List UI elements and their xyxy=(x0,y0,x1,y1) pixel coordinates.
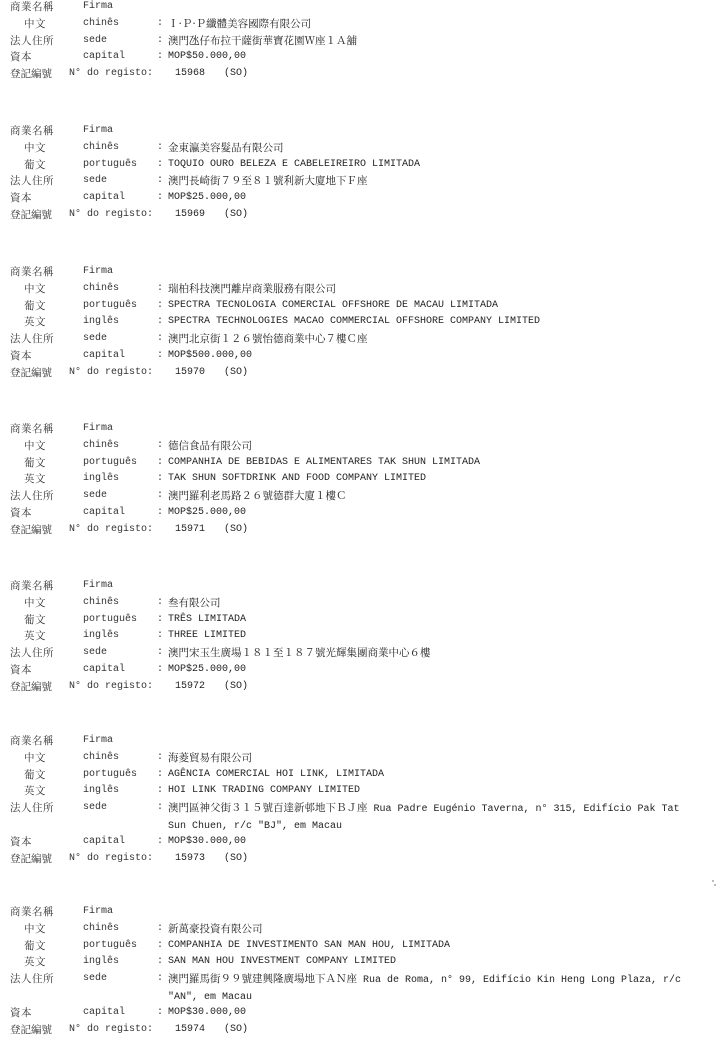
seat-label-zh: 法人住所 xyxy=(10,33,54,50)
capital-label-pt: capital xyxy=(83,662,125,679)
chinese-name-row: 中文 chinês : 德信食品有限公司 xyxy=(0,438,716,455)
registry-entry: 商業名稱 Firma 中文 chinês : 金東瀛美容髮品有限公司 葡文 po… xyxy=(0,123,716,224)
seat-label-zh: 法人住所 xyxy=(10,331,54,348)
chinese-label-pt: chinês xyxy=(83,921,119,938)
colon: : xyxy=(157,314,163,331)
firm-label-pt: Firma xyxy=(83,733,113,750)
colon: : xyxy=(157,750,163,767)
registry-number: 15971 xyxy=(175,522,205,539)
registry-label-pt: N° do registo: xyxy=(69,66,153,83)
colon: : xyxy=(157,1005,163,1022)
firm-row: 商業名稱 Firma xyxy=(0,578,716,595)
capital-row: 資本 capital : MOP$500.000,00 xyxy=(0,348,716,365)
firm-label-zh: 商業名稱 xyxy=(10,578,54,595)
portuguese-label-pt: português xyxy=(83,455,137,472)
colon: : xyxy=(157,471,163,488)
chinese-label-zh: 中文 xyxy=(24,921,46,938)
registry-entry: 商業名稱 Firma 中文 chinês : Ｉ·Ｐ·Ｐ纖體美容國際有限公司 法… xyxy=(0,0,716,83)
registry-number-row: 登記編號 N° do registo: 15970 (SO) xyxy=(0,365,716,382)
registry-suffix: (SO) xyxy=(224,207,248,224)
seat-value-zh: 澳門氹仔布拉干薩街華寶花園Ｗ座１Ａ舖 xyxy=(168,35,357,47)
firm-label-pt: Firma xyxy=(83,421,113,438)
colon: : xyxy=(157,505,163,522)
registry-entry: 商業名稱 Firma 中文 chinês : 新萬豪投資有限公司 葡文 port… xyxy=(0,904,716,1038)
portuguese-label-zh: 葡文 xyxy=(24,455,46,472)
registry-label-pt: N° do registo: xyxy=(69,851,153,868)
registry-label-zh: 登記編號 xyxy=(10,522,52,539)
registry-label-zh: 登記編號 xyxy=(10,679,52,696)
firm-label-pt: Firma xyxy=(83,123,113,140)
portuguese-label-zh: 葡文 xyxy=(24,298,46,315)
capital-value: MOP$25.000,00 xyxy=(168,190,698,207)
capital-value: MOP$30.000,00 xyxy=(168,1005,698,1022)
colon: : xyxy=(157,645,163,662)
chinese-label-zh: 中文 xyxy=(24,281,46,298)
chinese-label-pt: chinês xyxy=(83,281,119,298)
chinese-label-pt: chinês xyxy=(83,595,119,612)
seat-value-zh: 澳門宋玉生廣場１８１至１８７號光輝集團商業中心６樓 xyxy=(168,647,431,659)
registry-number-row: 登記編號 N° do registo: 15972 (SO) xyxy=(0,679,716,696)
seat-value: 澳門氹仔布拉干薩街華寶花園Ｗ座１Ａ舖 xyxy=(168,33,698,50)
colon: : xyxy=(157,190,163,207)
registry-label-pt: N° do registo: xyxy=(69,522,153,539)
chinese-name-value: 海菱貿易有限公司 xyxy=(168,750,698,767)
registry-number: 15968 xyxy=(175,66,205,83)
registry-label-zh: 登記編號 xyxy=(10,207,52,224)
seat-label-zh: 法人住所 xyxy=(10,645,54,662)
chinese-label-zh: 中文 xyxy=(24,16,46,33)
registry-label-pt: N° do registo: xyxy=(69,679,153,696)
colon: : xyxy=(157,331,163,348)
portuguese-label-pt: português xyxy=(83,298,137,315)
portuguese-label-pt: português xyxy=(83,157,137,174)
portuguese-name-row: 葡文 português : SPECTRA TECNOLOGIA COMERC… xyxy=(0,298,716,315)
seat-label-zh: 法人住所 xyxy=(10,800,54,817)
seat-label-zh: 法人住所 xyxy=(10,971,54,988)
chinese-label-pt: chinês xyxy=(83,16,119,33)
chinese-name-row: 中文 chinês : 海菱貿易有限公司 xyxy=(0,750,716,767)
seat-label-pt: sede xyxy=(83,645,107,662)
english-label-zh: 英文 xyxy=(24,628,46,645)
seat-row: 法人住所 sede : 澳門北京街１２６號怡德商業中心７樓Ｃ座 xyxy=(0,331,716,348)
capital-value: MOP$500.000,00 xyxy=(168,348,698,365)
firm-label-zh: 商業名稱 xyxy=(10,421,54,438)
firm-label-pt: Firma xyxy=(83,0,113,16)
capital-label-zh: 資本 xyxy=(10,348,32,365)
seat-row: 法人住所 sede : 澳門羅利老馬路２６號德群大廈１樓Ｃ xyxy=(0,488,716,505)
registry-number-row: 登記編號 N° do registo: 15971 (SO) xyxy=(0,522,716,539)
portuguese-name-row: 葡文 português : COMPANHIA DE INVESTIMENTO… xyxy=(0,938,716,955)
capital-label-zh: 資本 xyxy=(10,190,32,207)
chinese-name-value: 新萬豪投資有限公司 xyxy=(168,921,698,938)
seat-value-zh: 澳門羅馬街９９號建興隆廣場地下ＡＮ座 xyxy=(168,973,357,985)
colon: : xyxy=(157,140,163,157)
seat-value: 澳門北京街１２６號怡德商業中心７樓Ｃ座 xyxy=(168,331,698,348)
seat-value-zh: 澳門區神父街３１５號百達新邨地下ＢＪ座 xyxy=(168,802,368,814)
colon: : xyxy=(157,16,163,33)
colon: : xyxy=(157,595,163,612)
portuguese-name-value: TRÊS LIMITADA xyxy=(168,612,698,629)
colon: : xyxy=(157,348,163,365)
capital-label-pt: capital xyxy=(83,505,125,522)
chinese-label-zh: 中文 xyxy=(24,750,46,767)
seat-value-zh: 澳門羅利老馬路２６號德群大廈１樓Ｃ xyxy=(168,490,347,502)
capital-row: 資本 capital : MOP$50.000,00 xyxy=(0,49,716,66)
chinese-name-value: Ｉ·Ｐ·Ｐ纖體美容國際有限公司 xyxy=(168,16,698,33)
seat-value: 澳門區神父街３１５號百達新邨地下ＢＪ座 Rua Padre Eugénio Ta… xyxy=(168,800,698,836)
capital-row: 資本 capital : MOP$25.000,00 xyxy=(0,662,716,679)
portuguese-label-pt: português xyxy=(83,612,137,629)
english-name-row: 英文 inglês : TAK SHUN SOFTDRINK AND FOOD … xyxy=(0,471,716,488)
colon: : xyxy=(157,438,163,455)
capital-label-zh: 資本 xyxy=(10,49,32,66)
firm-row: 商業名稱 Firma xyxy=(0,264,716,281)
seat-label-pt: sede xyxy=(83,800,107,817)
portuguese-name-value: COMPANHIA DE BEBIDAS E ALIMENTARES TAK S… xyxy=(168,455,698,472)
seat-value-zh: 澳門長崎街７９至８１號利新大廈地下Ｆ座 xyxy=(168,175,368,187)
portuguese-label-zh: 葡文 xyxy=(24,157,46,174)
portuguese-label-pt: português xyxy=(83,938,137,955)
chinese-name-row: 中文 chinês : 瑞柏科技澳門離岸商業服務有限公司 xyxy=(0,281,716,298)
firm-label-zh: 商業名稱 xyxy=(10,733,54,750)
capital-value: MOP$50.000,00 xyxy=(168,49,698,66)
colon: : xyxy=(157,298,163,315)
english-label-pt: inglês xyxy=(83,783,119,800)
registry-number-row: 登記編號 N° do registo: 15969 (SO) xyxy=(0,207,716,224)
chinese-label-pt: chinês xyxy=(83,438,119,455)
registry-number-row: 登記編號 N° do registo: 15973 (SO) xyxy=(0,851,716,868)
colon: : xyxy=(157,49,163,66)
firm-label-zh: 商業名稱 xyxy=(10,123,54,140)
colon: : xyxy=(157,33,163,50)
capital-value: MOP$30.000,00 xyxy=(168,834,698,851)
capital-value: MOP$25.000,00 xyxy=(168,662,698,679)
english-name-value: SPECTRA TECHNOLOGIES MACAO COMMERCIAL OF… xyxy=(168,314,698,331)
firm-label-pt: Firma xyxy=(83,264,113,281)
registry-suffix: (SO) xyxy=(224,522,248,539)
seat-label-zh: 法人住所 xyxy=(10,173,54,190)
colon: : xyxy=(157,938,163,955)
portuguese-name-value: SPECTRA TECNOLOGIA COMERCIAL OFFSHORE DE… xyxy=(168,298,698,315)
colon: : xyxy=(157,783,163,800)
english-name-row: 英文 inglês : THREE LIMITED xyxy=(0,628,716,645)
capital-label-pt: capital xyxy=(83,190,125,207)
colon: : xyxy=(157,281,163,298)
portuguese-label-pt: português xyxy=(83,767,137,784)
seat-label-pt: sede xyxy=(83,173,107,190)
colon: : xyxy=(157,157,163,174)
colon: : xyxy=(157,455,163,472)
chinese-label-pt: chinês xyxy=(83,140,119,157)
registry-entry: 商業名稱 Firma 中文 chinês : 德信食品有限公司 葡文 portu… xyxy=(0,421,716,539)
capital-value: MOP$25.000,00 xyxy=(168,505,698,522)
chinese-name-row: 中文 chinês : 叁有限公司 xyxy=(0,595,716,612)
chinese-name-value: 叁有限公司 xyxy=(168,595,698,612)
chinese-name-row: 中文 chinês : 新萬豪投資有限公司 xyxy=(0,921,716,938)
english-label-zh: 英文 xyxy=(24,471,46,488)
firm-row: 商業名稱 Firma xyxy=(0,733,716,750)
english-name-value: TAK SHUN SOFTDRINK AND FOOD COMPANY LIMI… xyxy=(168,471,698,488)
chinese-label-zh: 中文 xyxy=(24,595,46,612)
english-name-value: THREE LIMITED xyxy=(168,628,698,645)
registry-suffix: (SO) xyxy=(224,1022,248,1039)
seat-value: 澳門羅利老馬路２６號德群大廈１樓Ｃ xyxy=(168,488,698,505)
seat-label-pt: sede xyxy=(83,971,107,988)
capital-label-pt: capital xyxy=(83,49,125,66)
firm-row: 商業名稱 Firma xyxy=(0,904,716,921)
capital-row: 資本 capital : MOP$25.000,00 xyxy=(0,190,716,207)
chinese-name-value: 瑞柏科技澳門離岸商業服務有限公司 xyxy=(168,281,698,298)
capital-label-zh: 資本 xyxy=(10,1005,32,1022)
registry-label-zh: 登記編號 xyxy=(10,851,52,868)
seat-value: 澳門羅馬街９９號建興隆廣場地下ＡＮ座 Rua de Roma, n° 99, E… xyxy=(168,971,698,1007)
registry-suffix: (SO) xyxy=(224,66,248,83)
firm-row: 商業名稱 Firma xyxy=(0,421,716,438)
chinese-name-value: 德信食品有限公司 xyxy=(168,438,698,455)
seat-value: 澳門長崎街７９至８１號利新大廈地下Ｆ座 xyxy=(168,173,698,190)
portuguese-name-row: 葡文 português : AGÊNCIA COMERCIAL HOI LIN… xyxy=(0,767,716,784)
seat-row: 法人住所 sede : 澳門區神父街３１５號百達新邨地下ＢＪ座 Rua Padr… xyxy=(0,800,716,834)
registry-number-row: 登記編號 N° do registo: 15974 (SO) xyxy=(0,1022,716,1039)
english-label-pt: inglês xyxy=(83,628,119,645)
seat-row: 法人住所 sede : 澳門氹仔布拉干薩街華寶花園Ｗ座１Ａ舖 xyxy=(0,33,716,50)
chinese-name-row: 中文 chinês : Ｉ·Ｐ·Ｐ纖體美容國際有限公司 xyxy=(0,16,716,33)
english-name-row: 英文 inglês : SPECTRA TECHNOLOGIES MACAO C… xyxy=(0,314,716,331)
firm-label-pt: Firma xyxy=(83,578,113,595)
firm-row: 商業名稱 Firma xyxy=(0,123,716,140)
seat-value: 澳門宋玉生廣場１８１至１８７號光輝集團商業中心６樓 xyxy=(168,645,698,662)
colon: : xyxy=(157,971,163,988)
colon: : xyxy=(157,488,163,505)
capital-label-pt: capital xyxy=(83,348,125,365)
registry-number-row: 登記編號 N° do registo: 15968 (SO) xyxy=(0,66,716,83)
registry-number: 15973 xyxy=(175,851,205,868)
english-label-zh: 英文 xyxy=(24,783,46,800)
colon: : xyxy=(157,612,163,629)
capital-label-pt: capital xyxy=(83,1005,125,1022)
colon: : xyxy=(157,834,163,851)
registry-entry: 商業名稱 Firma 中文 chinês : 瑞柏科技澳門離岸商業服務有限公司 … xyxy=(0,264,716,382)
capital-row: 資本 capital : MOP$30.000,00 xyxy=(0,1005,716,1022)
registry-number: 15970 xyxy=(175,365,205,382)
capital-label-pt: capital xyxy=(83,834,125,851)
english-name-value: SAN MAN HOU INVESTMENT COMPANY LIMITED xyxy=(168,954,698,971)
colon: : xyxy=(157,767,163,784)
firm-label-zh: 商業名稱 xyxy=(10,0,54,16)
firm-label-zh: 商業名稱 xyxy=(10,904,54,921)
english-label-zh: 英文 xyxy=(24,954,46,971)
english-label-zh: 英文 xyxy=(24,314,46,331)
colon: : xyxy=(157,921,163,938)
firm-label-zh: 商業名稱 xyxy=(10,264,54,281)
colon: : xyxy=(157,628,163,645)
english-label-pt: inglês xyxy=(83,314,119,331)
colon: : xyxy=(157,954,163,971)
registry-entry: 商業名稱 Firma 中文 chinês : 叁有限公司 葡文 portuguê… xyxy=(0,578,716,696)
colon: : xyxy=(157,173,163,190)
seat-label-pt: sede xyxy=(83,331,107,348)
portuguese-name-row: 葡文 português : COMPANHIA DE BEBIDAS E AL… xyxy=(0,455,716,472)
seat-value-zh: 澳門北京街１２６號怡德商業中心７樓Ｃ座 xyxy=(168,333,368,345)
english-label-pt: inglês xyxy=(83,471,119,488)
registry-number: 15972 xyxy=(175,679,205,696)
registry-entry: 商業名稱 Firma 中文 chinês : 海菱貿易有限公司 葡文 portu… xyxy=(0,733,716,867)
portuguese-name-row: 葡文 português : TOQUIO OURO BELEZA E CABE… xyxy=(0,157,716,174)
chinese-label-zh: 中文 xyxy=(24,438,46,455)
chinese-label-zh: 中文 xyxy=(24,140,46,157)
registry-label-zh: 登記編號 xyxy=(10,365,52,382)
capital-label-zh: 資本 xyxy=(10,662,32,679)
english-name-row: 英文 inglês : SAN MAN HOU INVESTMENT COMPA… xyxy=(0,954,716,971)
seat-row: 法人住所 sede : 澳門長崎街７９至８１號利新大廈地下Ｆ座 xyxy=(0,173,716,190)
registry-number: 15969 xyxy=(175,207,205,224)
portuguese-name-row: 葡文 português : TRÊS LIMITADA xyxy=(0,612,716,629)
registry-suffix: (SO) xyxy=(224,365,248,382)
seat-label-pt: sede xyxy=(83,488,107,505)
registry-number: 15974 xyxy=(175,1022,205,1039)
portuguese-label-zh: 葡文 xyxy=(24,612,46,629)
portuguese-name-value: TOQUIO OURO BELEZA E CABELEIREIRO LIMITA… xyxy=(168,157,698,174)
seat-label-pt: sede xyxy=(83,33,107,50)
seat-row: 法人住所 sede : 澳門羅馬街９９號建興隆廣場地下ＡＮ座 Rua de Ro… xyxy=(0,971,716,1005)
chinese-label-pt: chinês xyxy=(83,750,119,767)
colon: : xyxy=(157,800,163,817)
english-label-pt: inglês xyxy=(83,954,119,971)
registry-label-pt: N° do registo: xyxy=(69,207,153,224)
english-name-value: HOI LINK TRADING COMPANY LIMITED xyxy=(168,783,698,800)
registry-label-zh: 登記編號 xyxy=(10,66,52,83)
registry-label-pt: N° do registo: xyxy=(69,1022,153,1039)
chinese-name-value: 金東瀛美容髮品有限公司 xyxy=(168,140,698,157)
capital-label-zh: 資本 xyxy=(10,505,32,522)
english-name-row: 英文 inglês : HOI LINK TRADING COMPANY LIM… xyxy=(0,783,716,800)
chinese-name-row: 中文 chinês : 金東瀛美容髮品有限公司 xyxy=(0,140,716,157)
seat-label-zh: 法人住所 xyxy=(10,488,54,505)
seat-row: 法人住所 sede : 澳門宋玉生廣場１８１至１８７號光輝集團商業中心６樓 xyxy=(0,645,716,662)
capital-label-zh: 資本 xyxy=(10,834,32,851)
firm-label-pt: Firma xyxy=(83,904,113,921)
registry-suffix: (SO) xyxy=(224,679,248,696)
registry-label-pt: N° do registo: xyxy=(69,365,153,382)
portuguese-label-zh: 葡文 xyxy=(24,938,46,955)
capital-row: 資本 capital : MOP$30.000,00 xyxy=(0,834,716,851)
portuguese-label-zh: 葡文 xyxy=(24,767,46,784)
portuguese-name-value: COMPANHIA DE INVESTIMENTO SAN MAN HOU, L… xyxy=(168,938,698,955)
firm-row: 商業名稱 Firma xyxy=(0,0,716,16)
scan-speck xyxy=(712,880,714,882)
colon: : xyxy=(157,662,163,679)
capital-row: 資本 capital : MOP$25.000,00 xyxy=(0,505,716,522)
registry-suffix: (SO) xyxy=(224,851,248,868)
portuguese-name-value: AGÊNCIA COMERCIAL HOI LINK, LIMITADA xyxy=(168,767,698,784)
registry-label-zh: 登記編號 xyxy=(10,1022,52,1039)
